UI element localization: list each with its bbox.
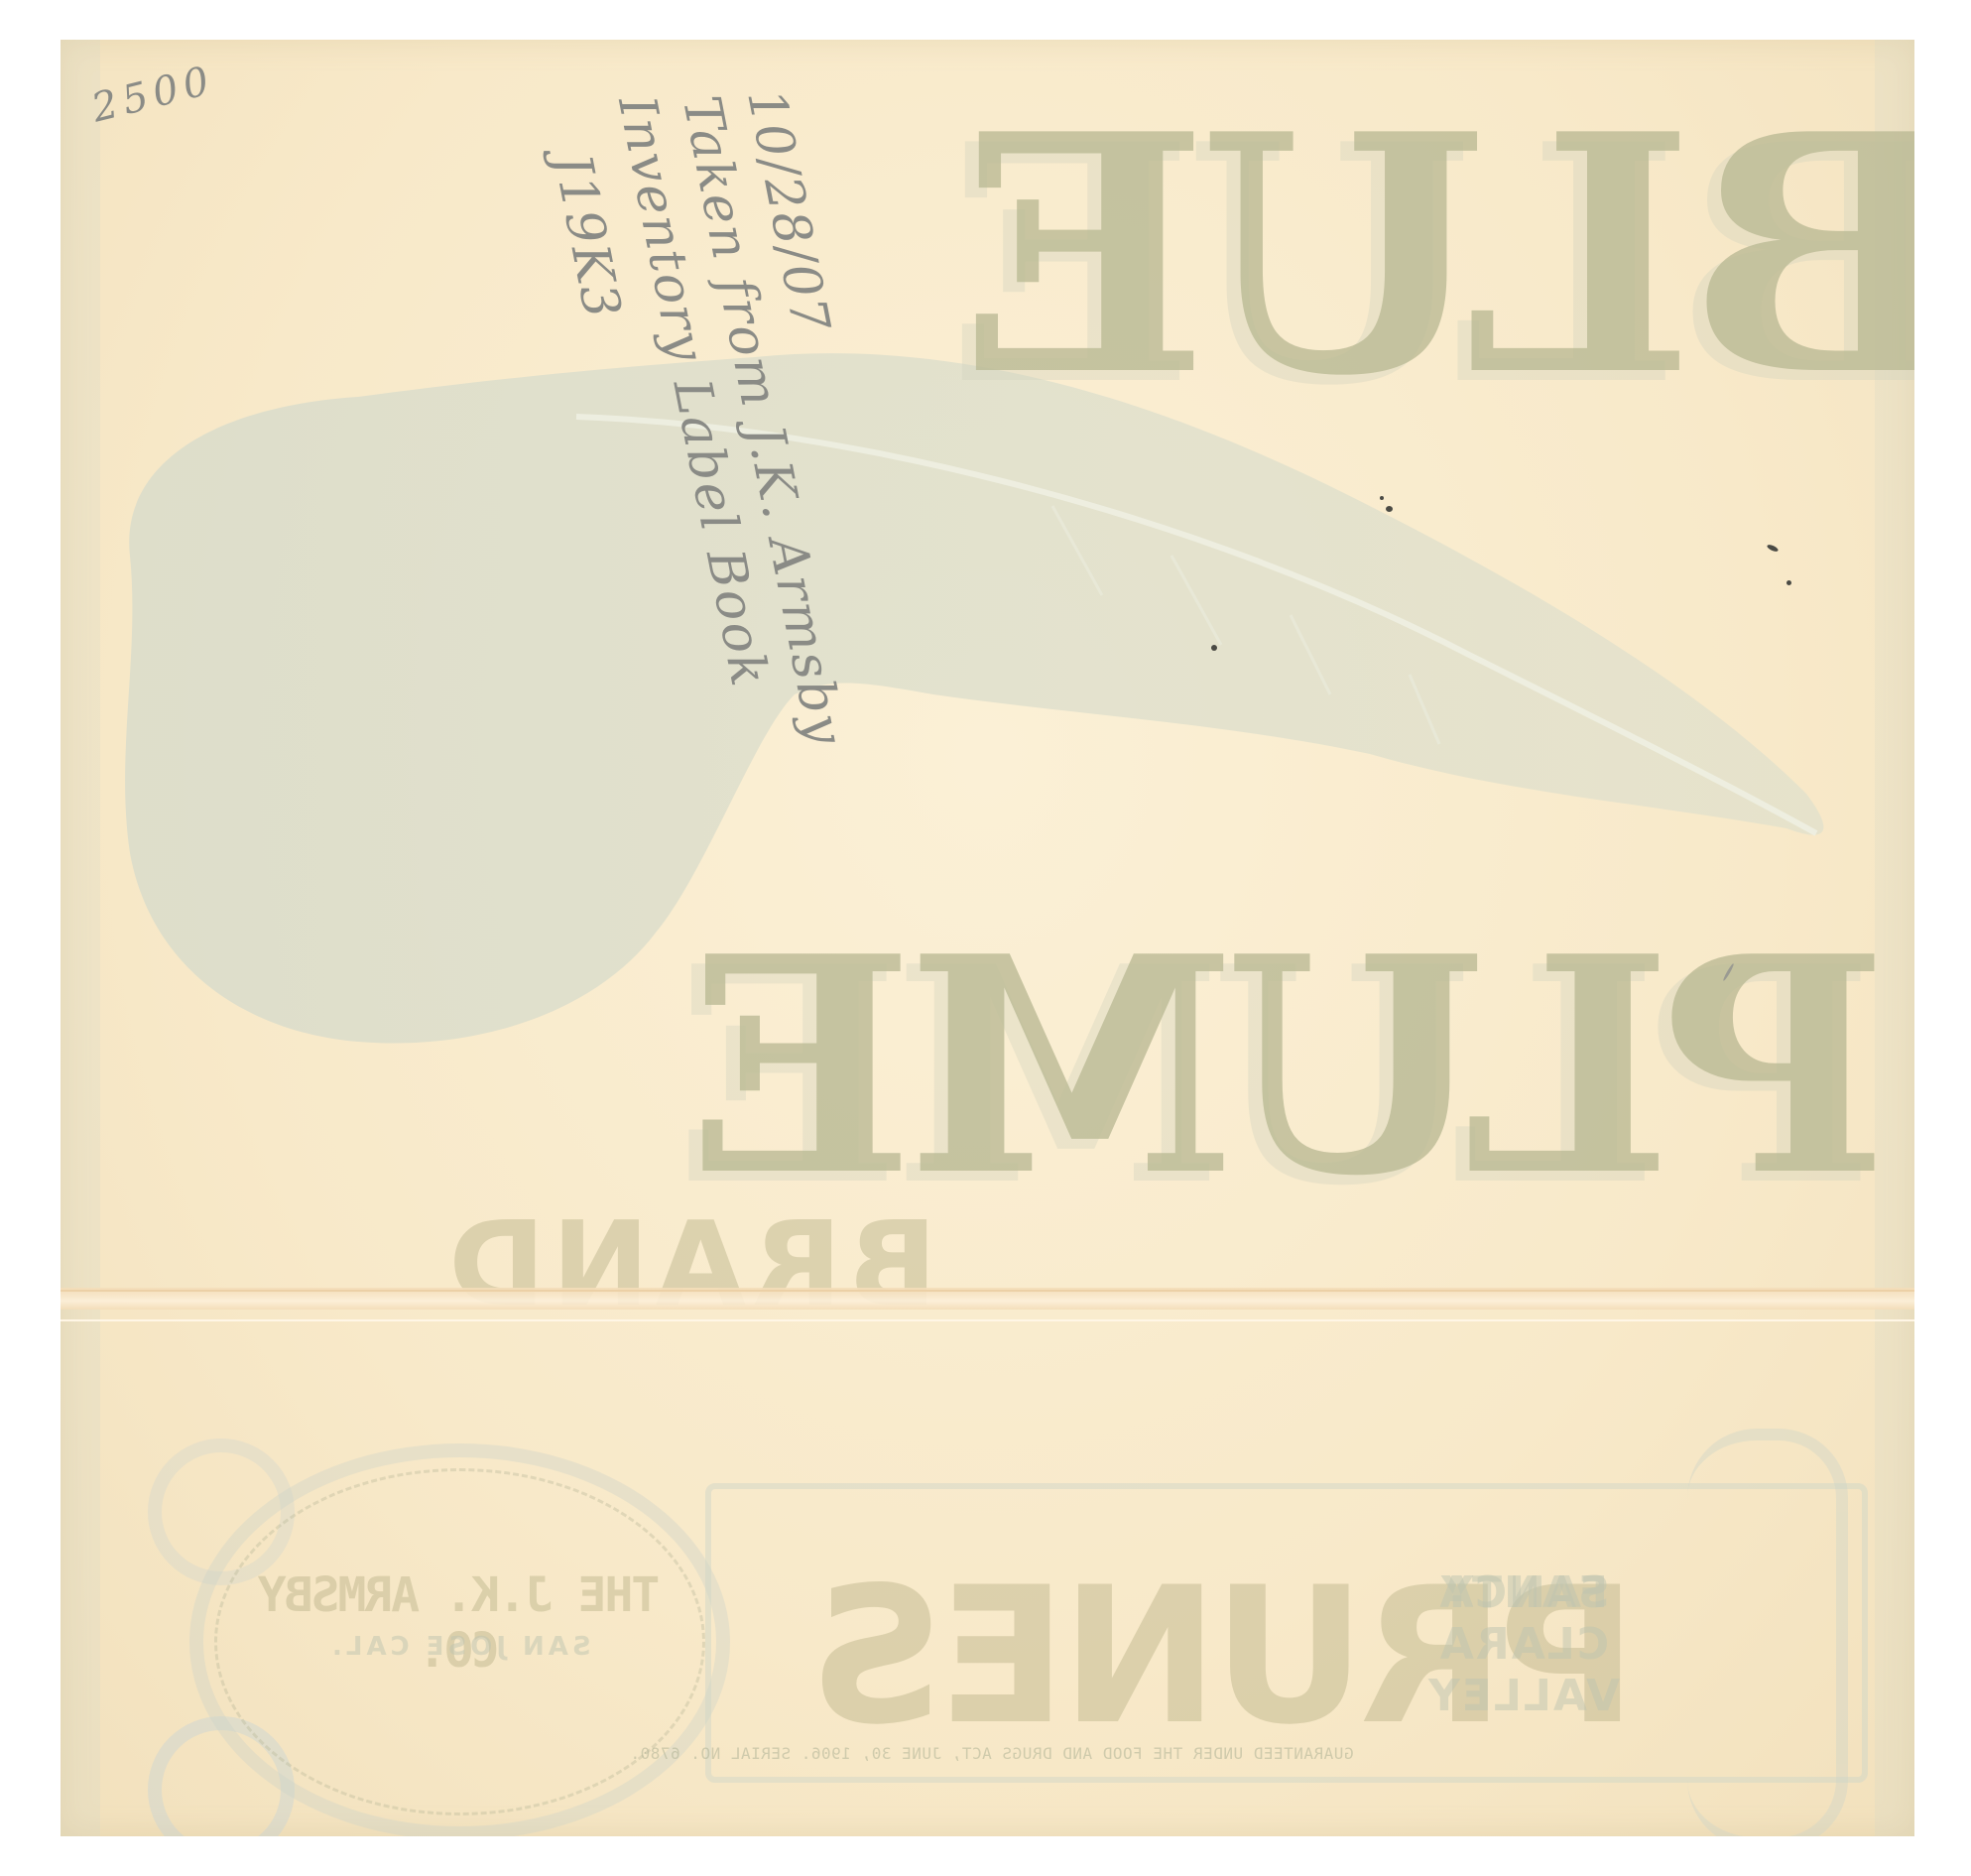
product-name: PRUNES — [814, 1563, 1370, 1751]
label-title-blue: BLUE — [965, 91, 1739, 419]
ink-speck — [1211, 645, 1217, 651]
product-variety: FANCY SANTA CLARA VALLEY — [1380, 1567, 1667, 1722]
ink-speck — [1386, 506, 1393, 512]
fold-highlight — [61, 1319, 1914, 1321]
company-location: SAN JOSE CAL. — [279, 1632, 641, 1662]
title-blue-text: BLUE — [965, 91, 1914, 419]
fold-crease — [61, 1290, 1914, 1292]
ink-speck — [1786, 580, 1791, 585]
company-location-text: SAN JOSE CAL. — [328, 1632, 591, 1662]
label-title-plume: PLUME — [695, 918, 1548, 1215]
title-plume-text: PLUME — [695, 918, 1888, 1215]
company-name: THE J.K. ARMSBY CO. — [239, 1567, 680, 1679]
fine-print: GUARANTEED UNDER THE FOOD AND DRUGS ACT,… — [622, 1744, 1361, 1763]
label-paper: BLUE PLUME BRAND THE J.K. ARMSBY CO. SAN… — [61, 40, 1914, 1836]
variety-line-2: SANTA CLARA — [1380, 1567, 1667, 1671]
scroll-ornament-right-icon — [1687, 1429, 1848, 1836]
fine-print-text: GUARANTEED UNDER THE FOOD AND DRUGS ACT,… — [630, 1744, 1354, 1763]
ink-speck — [1380, 496, 1384, 500]
variety-line-3: VALLEY — [1426, 1671, 1620, 1722]
company-name-text: THE J.K. ARMSBY CO. — [239, 1567, 680, 1679]
